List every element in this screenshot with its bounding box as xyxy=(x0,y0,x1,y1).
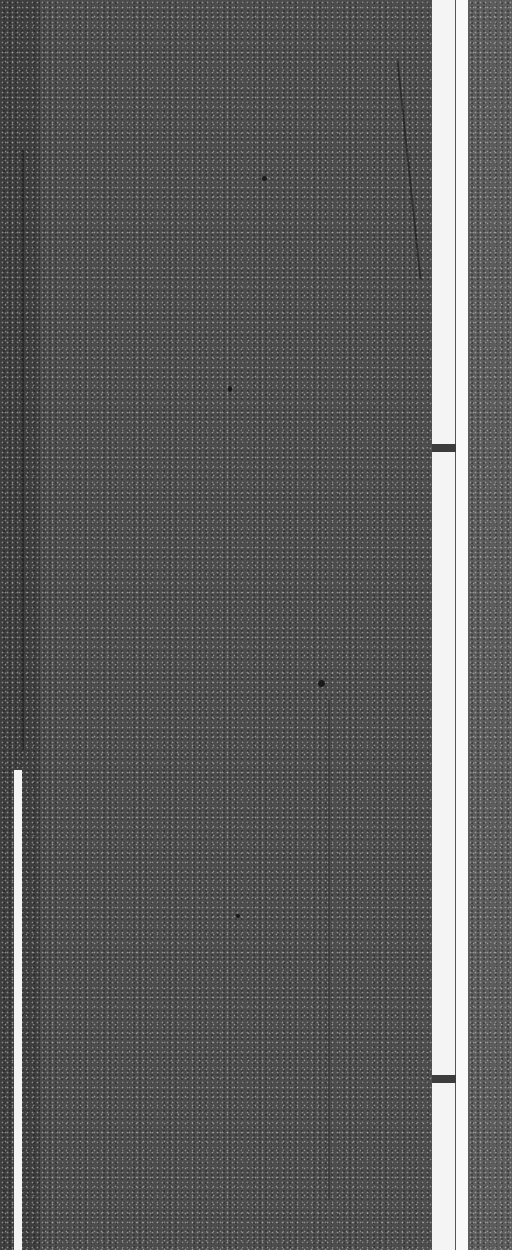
right-shoulder xyxy=(468,0,512,1250)
pothole xyxy=(318,680,325,687)
marking-break xyxy=(432,444,456,452)
pothole xyxy=(236,914,240,918)
pothole xyxy=(228,386,232,392)
asphalt-lane xyxy=(40,0,432,1250)
pavement-crack xyxy=(22,150,24,750)
pavement-crack xyxy=(328,700,330,1200)
marking-break xyxy=(432,1075,456,1083)
left-edge-line xyxy=(14,770,22,1250)
right-edge-line xyxy=(432,0,455,1250)
right-edge-line-outer xyxy=(456,0,468,1250)
pothole xyxy=(262,176,267,181)
road-surface-photo xyxy=(0,0,512,1250)
